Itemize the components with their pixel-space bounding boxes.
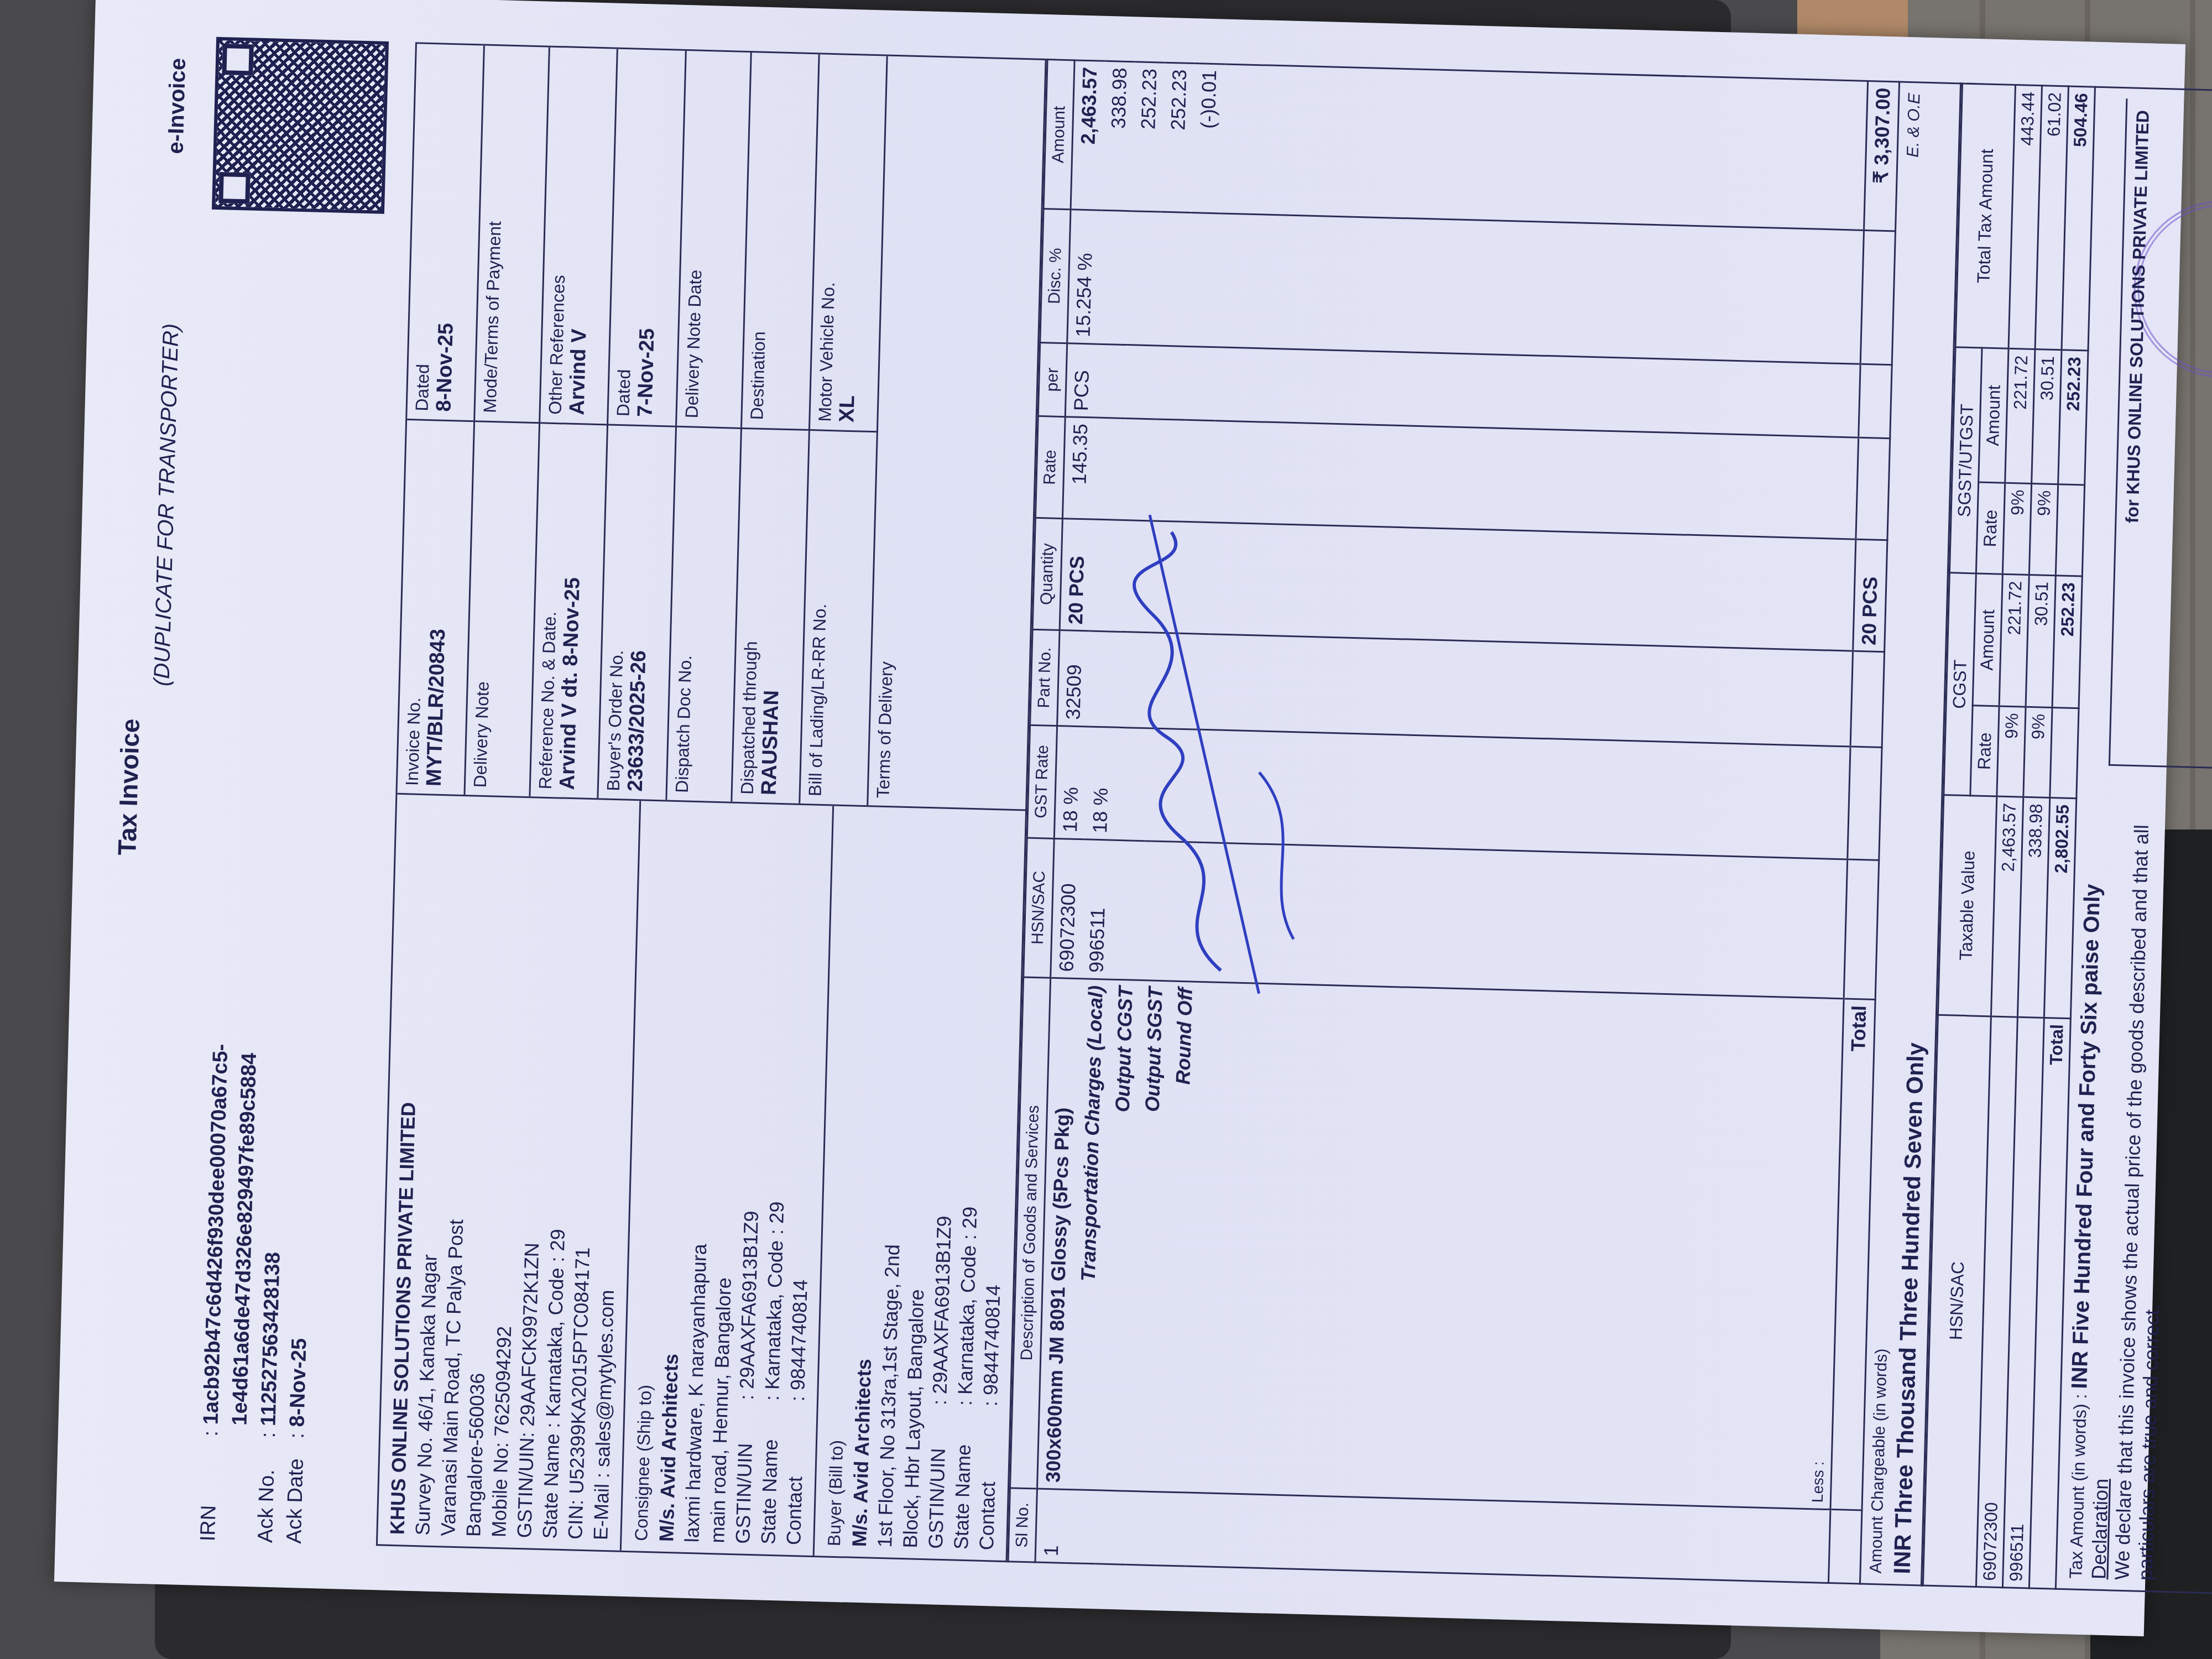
meta-destination: Destination xyxy=(742,53,820,429)
declaration: Declaration We declare that this invoice… xyxy=(2087,766,2212,1584)
invoice-meta-grid: Invoice No.MYT/BLR/20843 Dated8-Nov-25 D… xyxy=(397,44,1045,810)
meta-buyers-order: Buyer's Order No.23633/2025-26 xyxy=(599,424,677,800)
invoice-title: Tax Invoice xyxy=(94,35,163,1539)
meta-delivery-note-date: Delivery Note Date xyxy=(677,51,752,427)
grand-total: ₹ 3,307.00 xyxy=(1864,81,1900,231)
consignee-block: Consignee (Ship to) M/s. Avid Architects… xyxy=(622,801,834,1556)
meta-dispatched-through: Dispatched throughRAUSHAN xyxy=(732,427,810,804)
meta-other-references: Other ReferencesArvind V xyxy=(540,48,618,424)
meta-invoice-no: Invoice No.MYT/BLR/20843 xyxy=(397,419,475,795)
invoice-paper: Tax Invoice (DUPLICATE FOR TRANSPORTER) … xyxy=(54,0,2185,1636)
meta-delivery-note: Delivery Note xyxy=(466,420,541,797)
items-table: Sl No. Description of Goods and Services… xyxy=(1007,59,1900,1584)
ack-no: 112527563428138 xyxy=(257,1252,284,1427)
qr-code-icon xyxy=(212,37,389,214)
copy-label: (DUPLICATE FOR TRANSPORTER) xyxy=(149,323,184,686)
meta-terms-of-delivery: Terms of Delivery xyxy=(868,56,1045,810)
meta-reference: Reference No. & Date.Arvind V dt. 8-Nov-… xyxy=(531,422,609,799)
total-quantity: 20 PCS xyxy=(1853,539,1887,652)
meta-dispatch-doc: Dispatch Doc No. xyxy=(667,426,742,802)
einvoice-label: e-Invoice xyxy=(164,58,191,154)
meta-vehicle-no: Motor Vehicle No.XL xyxy=(810,54,888,431)
seller-block: KHUS ONLINE SOLUTIONS PRIVATE LIMITED Su… xyxy=(378,795,641,1551)
meta-bill-of-lading: Bill of Lading/LR-RR No. xyxy=(800,429,878,806)
meta-order-dated: Dated7-Nov-25 xyxy=(608,49,686,426)
irn-block: IRN: 1acb92b47c6d426f930dee00070a67c5- 1… xyxy=(194,1044,389,1546)
ack-date: 8-Nov-25 xyxy=(285,1338,311,1427)
meta-dated: Dated8-Nov-25 xyxy=(407,44,485,420)
buyer-block: Buyer (Bill to) M/s. Avid Architects 1st… xyxy=(815,806,1025,1561)
meta-payment-terms: Mode/Terms of Payment xyxy=(475,45,550,422)
signatory-box: for KHUS ONLINE SOLUTIONS PRIVATE LIMITE… xyxy=(2109,98,2212,770)
